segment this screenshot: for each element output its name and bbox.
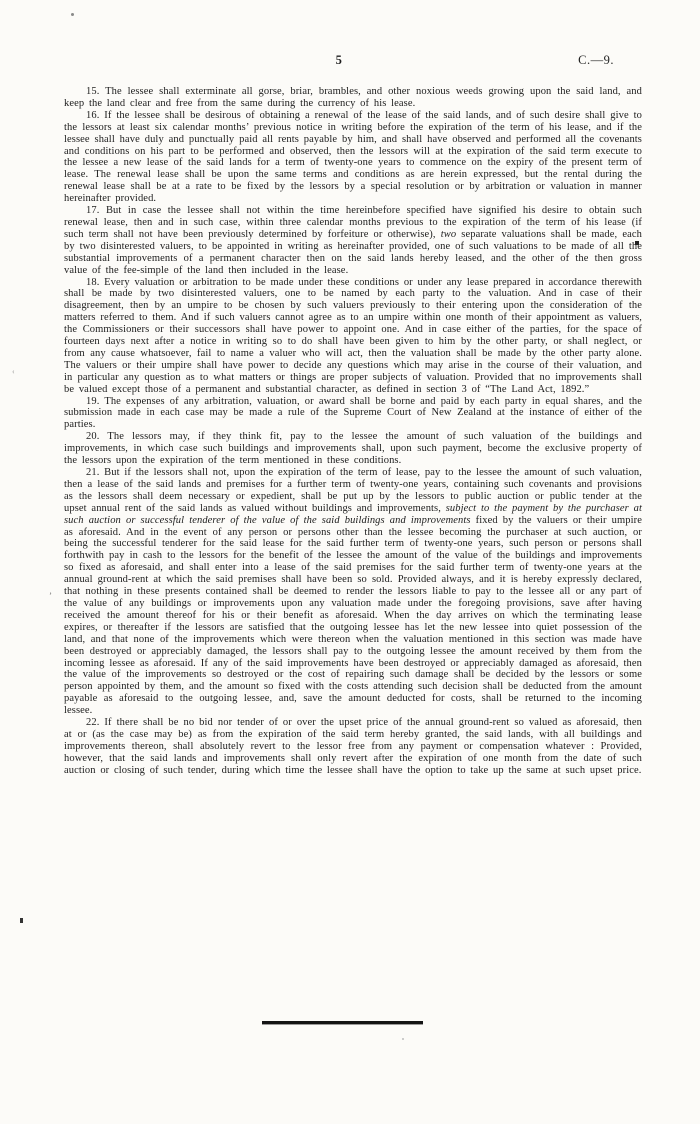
body-text: fixed by the valuers or their umpire as … (64, 515, 642, 717)
document-page: 5 C.—9. 15. The lessee shall exterminate… (0, 0, 700, 1124)
italic-text: two (441, 229, 456, 240)
paragraph-17: 17. But in case the lessee shall not wit… (64, 205, 642, 276)
body-text: 15. The lessee shall exterminate all gor… (64, 86, 642, 109)
paragraph-22: 22. If there shall be no bid nor tender … (64, 717, 642, 777)
body-text: 18. Every valuation or arbitration to be… (64, 277, 642, 395)
lease-conditions-text: 15. The lessee shall exterminate all gor… (64, 86, 642, 777)
body-text: 22. If there shall be no bid nor tender … (64, 717, 642, 776)
scan-speck (402, 1038, 404, 1040)
footer-rule (262, 1021, 423, 1024)
paragraph-21: 21. But if the lessors shall not, upon t… (64, 467, 642, 717)
scan-speck: ’ (49, 592, 52, 601)
body-text: 19. The expenses of any arbitration, val… (64, 396, 642, 431)
scan-speck: ‹ (12, 368, 15, 376)
paragraph-19: 19. The expenses of any arbitration, val… (64, 396, 642, 432)
paragraph-16: 16. If the lessee shall be desirous of o… (64, 110, 642, 205)
body-text: 16. If the lessee shall be desirous of o… (64, 110, 642, 204)
paragraph-15: 15. The lessee shall exterminate all gor… (64, 86, 642, 110)
document-reference: C.—9. (578, 53, 614, 68)
page-header: 5 C.—9. (65, 53, 642, 71)
scan-speck (71, 13, 74, 16)
scan-speck (20, 918, 23, 923)
page-number: 5 (331, 53, 347, 68)
paragraph-20: 20. The lessors may, if they think fit, … (64, 431, 642, 467)
body-text: 20. The lessors may, if they think fit, … (64, 431, 642, 466)
paragraph-18: 18. Every valuation or arbitration to be… (64, 277, 642, 396)
